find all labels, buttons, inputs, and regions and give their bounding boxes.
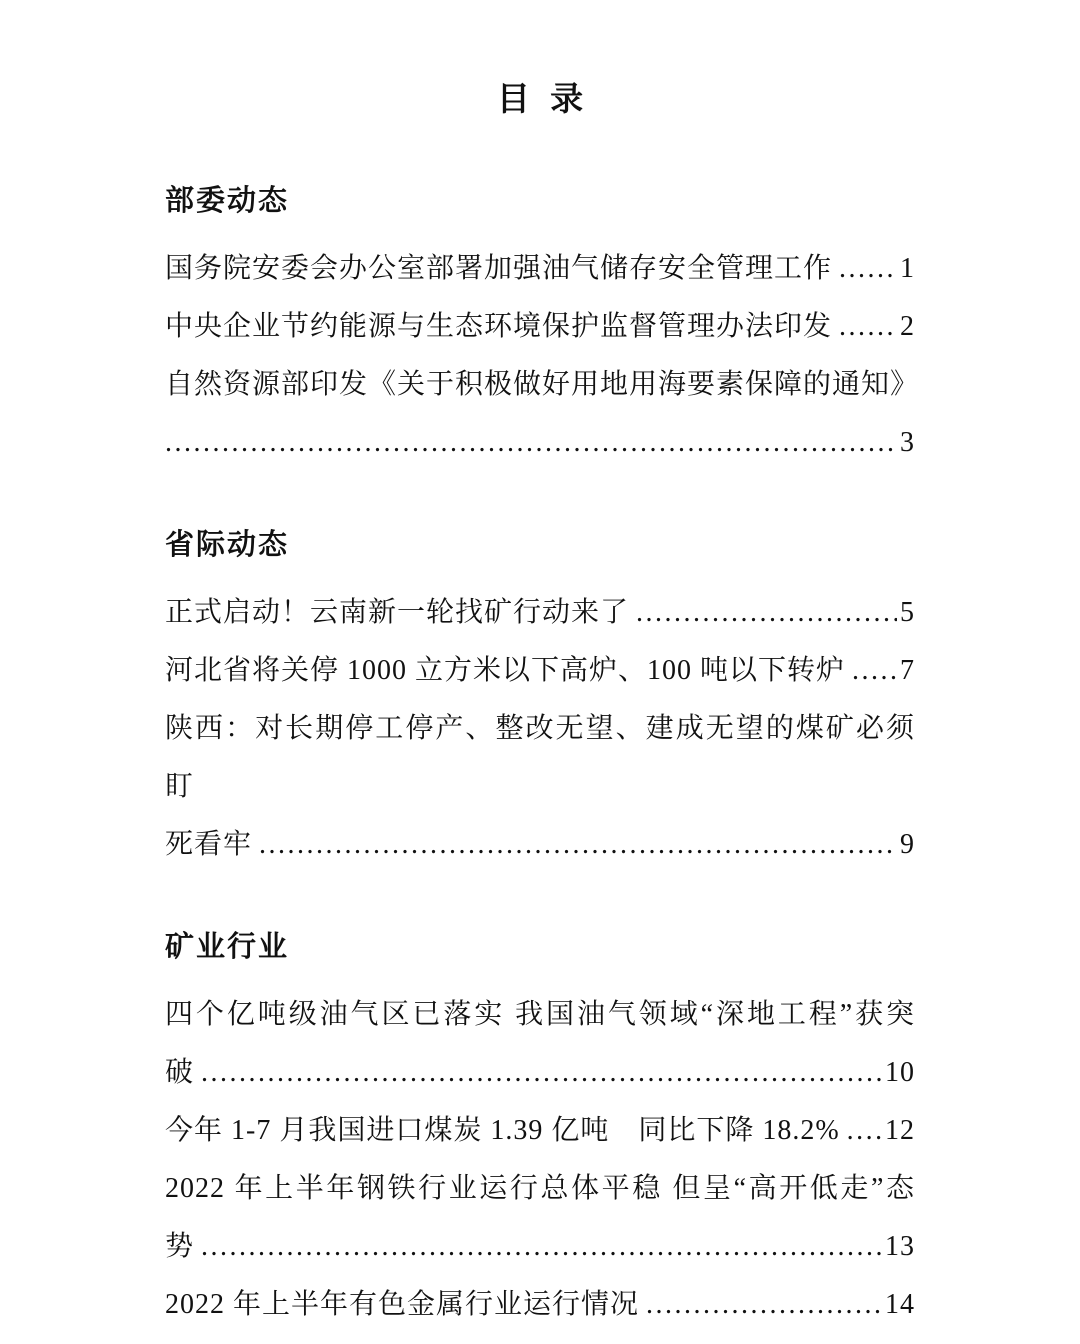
toc-entry[interactable]: 今年 1-7 月我国进口煤炭 1.39 亿吨 同比下降 18.2% ......…: [165, 1102, 915, 1160]
dot-leader: ........................................…: [646, 1276, 882, 1334]
dot-leader: ........................................…: [852, 642, 897, 700]
dot-leader: ........................................…: [847, 1102, 882, 1160]
toc-entry[interactable]: 2022 年上半年钢铁行业运行总体平稳 但呈“高开低走”态 势 ........…: [165, 1160, 915, 1276]
toc-entry-line: 势 ......................................…: [165, 1218, 915, 1276]
dot-leader: ........................................…: [839, 298, 897, 356]
dot-leader: ........................................…: [636, 584, 897, 642]
toc-entry-line: 四个亿吨级油气区已落实 我国油气领域“深地工程”获突: [165, 986, 915, 1044]
toc-entry-line: 2022 年上半年有色金属行业运行情况 ....................…: [165, 1276, 915, 1334]
dot-leader: ........................................…: [201, 1218, 882, 1276]
toc-entry[interactable]: 正式启动！云南新一轮找矿行动来了 .......................…: [165, 584, 915, 642]
toc-entry-line: 国务院安委会办公室部署加强油气储存安全管理工作 ................…: [165, 240, 915, 298]
toc-entry-line: 正式启动！云南新一轮找矿行动来了 .......................…: [165, 584, 915, 642]
entry-text: 破: [165, 1044, 201, 1102]
entry-text: 国务院安委会办公室部署加强油气储存安全管理工作: [165, 240, 839, 298]
toc-section-ministry: 部委动态 国务院安委会办公室部署加强油气储存安全管理工作 ...........…: [165, 172, 915, 472]
page-number: 9: [897, 816, 915, 874]
entry-text: 正式启动！云南新一轮找矿行动来了: [165, 584, 636, 642]
page-number: 5: [897, 584, 915, 642]
toc-entry-line: ........................................…: [165, 414, 915, 472]
toc-section-provincial: 省际动态 正式启动！云南新一轮找矿行动来了 ..................…: [165, 516, 915, 874]
entry-text: 中央企业节约能源与生态环境保护监督管理办法印发: [165, 298, 839, 356]
dot-leader: ........................................…: [839, 240, 897, 298]
page-number: 1: [897, 240, 915, 298]
toc-entry[interactable]: 四个亿吨级油气区已落实 我国油气领域“深地工程”获突 破 ...........…: [165, 986, 915, 1102]
entry-text: 河北省将关停 1000 立方米以下高炉、100 吨以下转炉: [165, 642, 852, 700]
toc-entry-line: 2022 年上半年钢铁行业运行总体平稳 但呈“高开低走”态: [165, 1160, 915, 1218]
page-number: 10: [882, 1044, 915, 1102]
entry-text: 今年 1-7 月我国进口煤炭 1.39 亿吨 同比下降 18.2%: [165, 1102, 847, 1160]
toc-entry[interactable]: 国务院安委会办公室部署加强油气储存安全管理工作 ................…: [165, 240, 915, 298]
page-number: 14: [882, 1276, 915, 1334]
toc-entry[interactable]: 2022 年上半年有色金属行业运行情况 ....................…: [165, 1276, 915, 1334]
page-number: 3: [897, 414, 915, 472]
page-number: 12: [882, 1102, 915, 1160]
toc-entry-line: 死看牢 ....................................…: [165, 816, 915, 874]
document-page: 目 录 部委动态 国务院安委会办公室部署加强油气储存安全管理工作 .......…: [0, 0, 1080, 1344]
dot-leader: ........................................…: [165, 414, 897, 472]
toc-entry-line: 河北省将关停 1000 立方米以下高炉、100 吨以下转炉 ..........…: [165, 642, 915, 700]
page-number: 13: [882, 1218, 915, 1276]
dot-leader: ........................................…: [259, 816, 897, 874]
toc-entry[interactable]: 中央企业节约能源与生态环境保护监督管理办法印发 ................…: [165, 298, 915, 356]
entry-text: 2022 年上半年有色金属行业运行情况: [165, 1276, 646, 1334]
toc-entry-line: 中央企业节约能源与生态环境保护监督管理办法印发 ................…: [165, 298, 915, 356]
toc-entry-line: 今年 1-7 月我国进口煤炭 1.39 亿吨 同比下降 18.2% ......…: [165, 1102, 915, 1160]
page-number: 7: [897, 642, 915, 700]
toc-entry[interactable]: 河北省将关停 1000 立方米以下高炉、100 吨以下转炉 ..........…: [165, 642, 915, 700]
page-title: 目 录: [165, 72, 915, 128]
entry-text: 势: [165, 1218, 201, 1276]
section-heading: 矿业行业: [165, 918, 915, 976]
toc-entry[interactable]: 自然资源部印发《关于积极做好用地用海要素保障的通知》 .............…: [165, 356, 915, 472]
section-heading: 部委动态: [165, 172, 915, 230]
dot-leader: ........................................…: [201, 1044, 882, 1102]
toc-section-mining: 矿业行业 四个亿吨级油气区已落实 我国油气领域“深地工程”获突 破 ......…: [165, 918, 915, 1334]
entry-text: 死看牢: [165, 816, 259, 874]
toc-entry-line: 陕西：对长期停工停产、整改无望、建成无望的煤矿必须盯: [165, 700, 915, 816]
toc-entry[interactable]: 陕西：对长期停工停产、整改无望、建成无望的煤矿必须盯 死看牢 .........…: [165, 700, 915, 874]
page-number: 2: [897, 298, 915, 356]
section-heading: 省际动态: [165, 516, 915, 574]
toc-entry-line: 自然资源部印发《关于积极做好用地用海要素保障的通知》: [165, 356, 915, 414]
toc-entry-line: 破 ......................................…: [165, 1044, 915, 1102]
